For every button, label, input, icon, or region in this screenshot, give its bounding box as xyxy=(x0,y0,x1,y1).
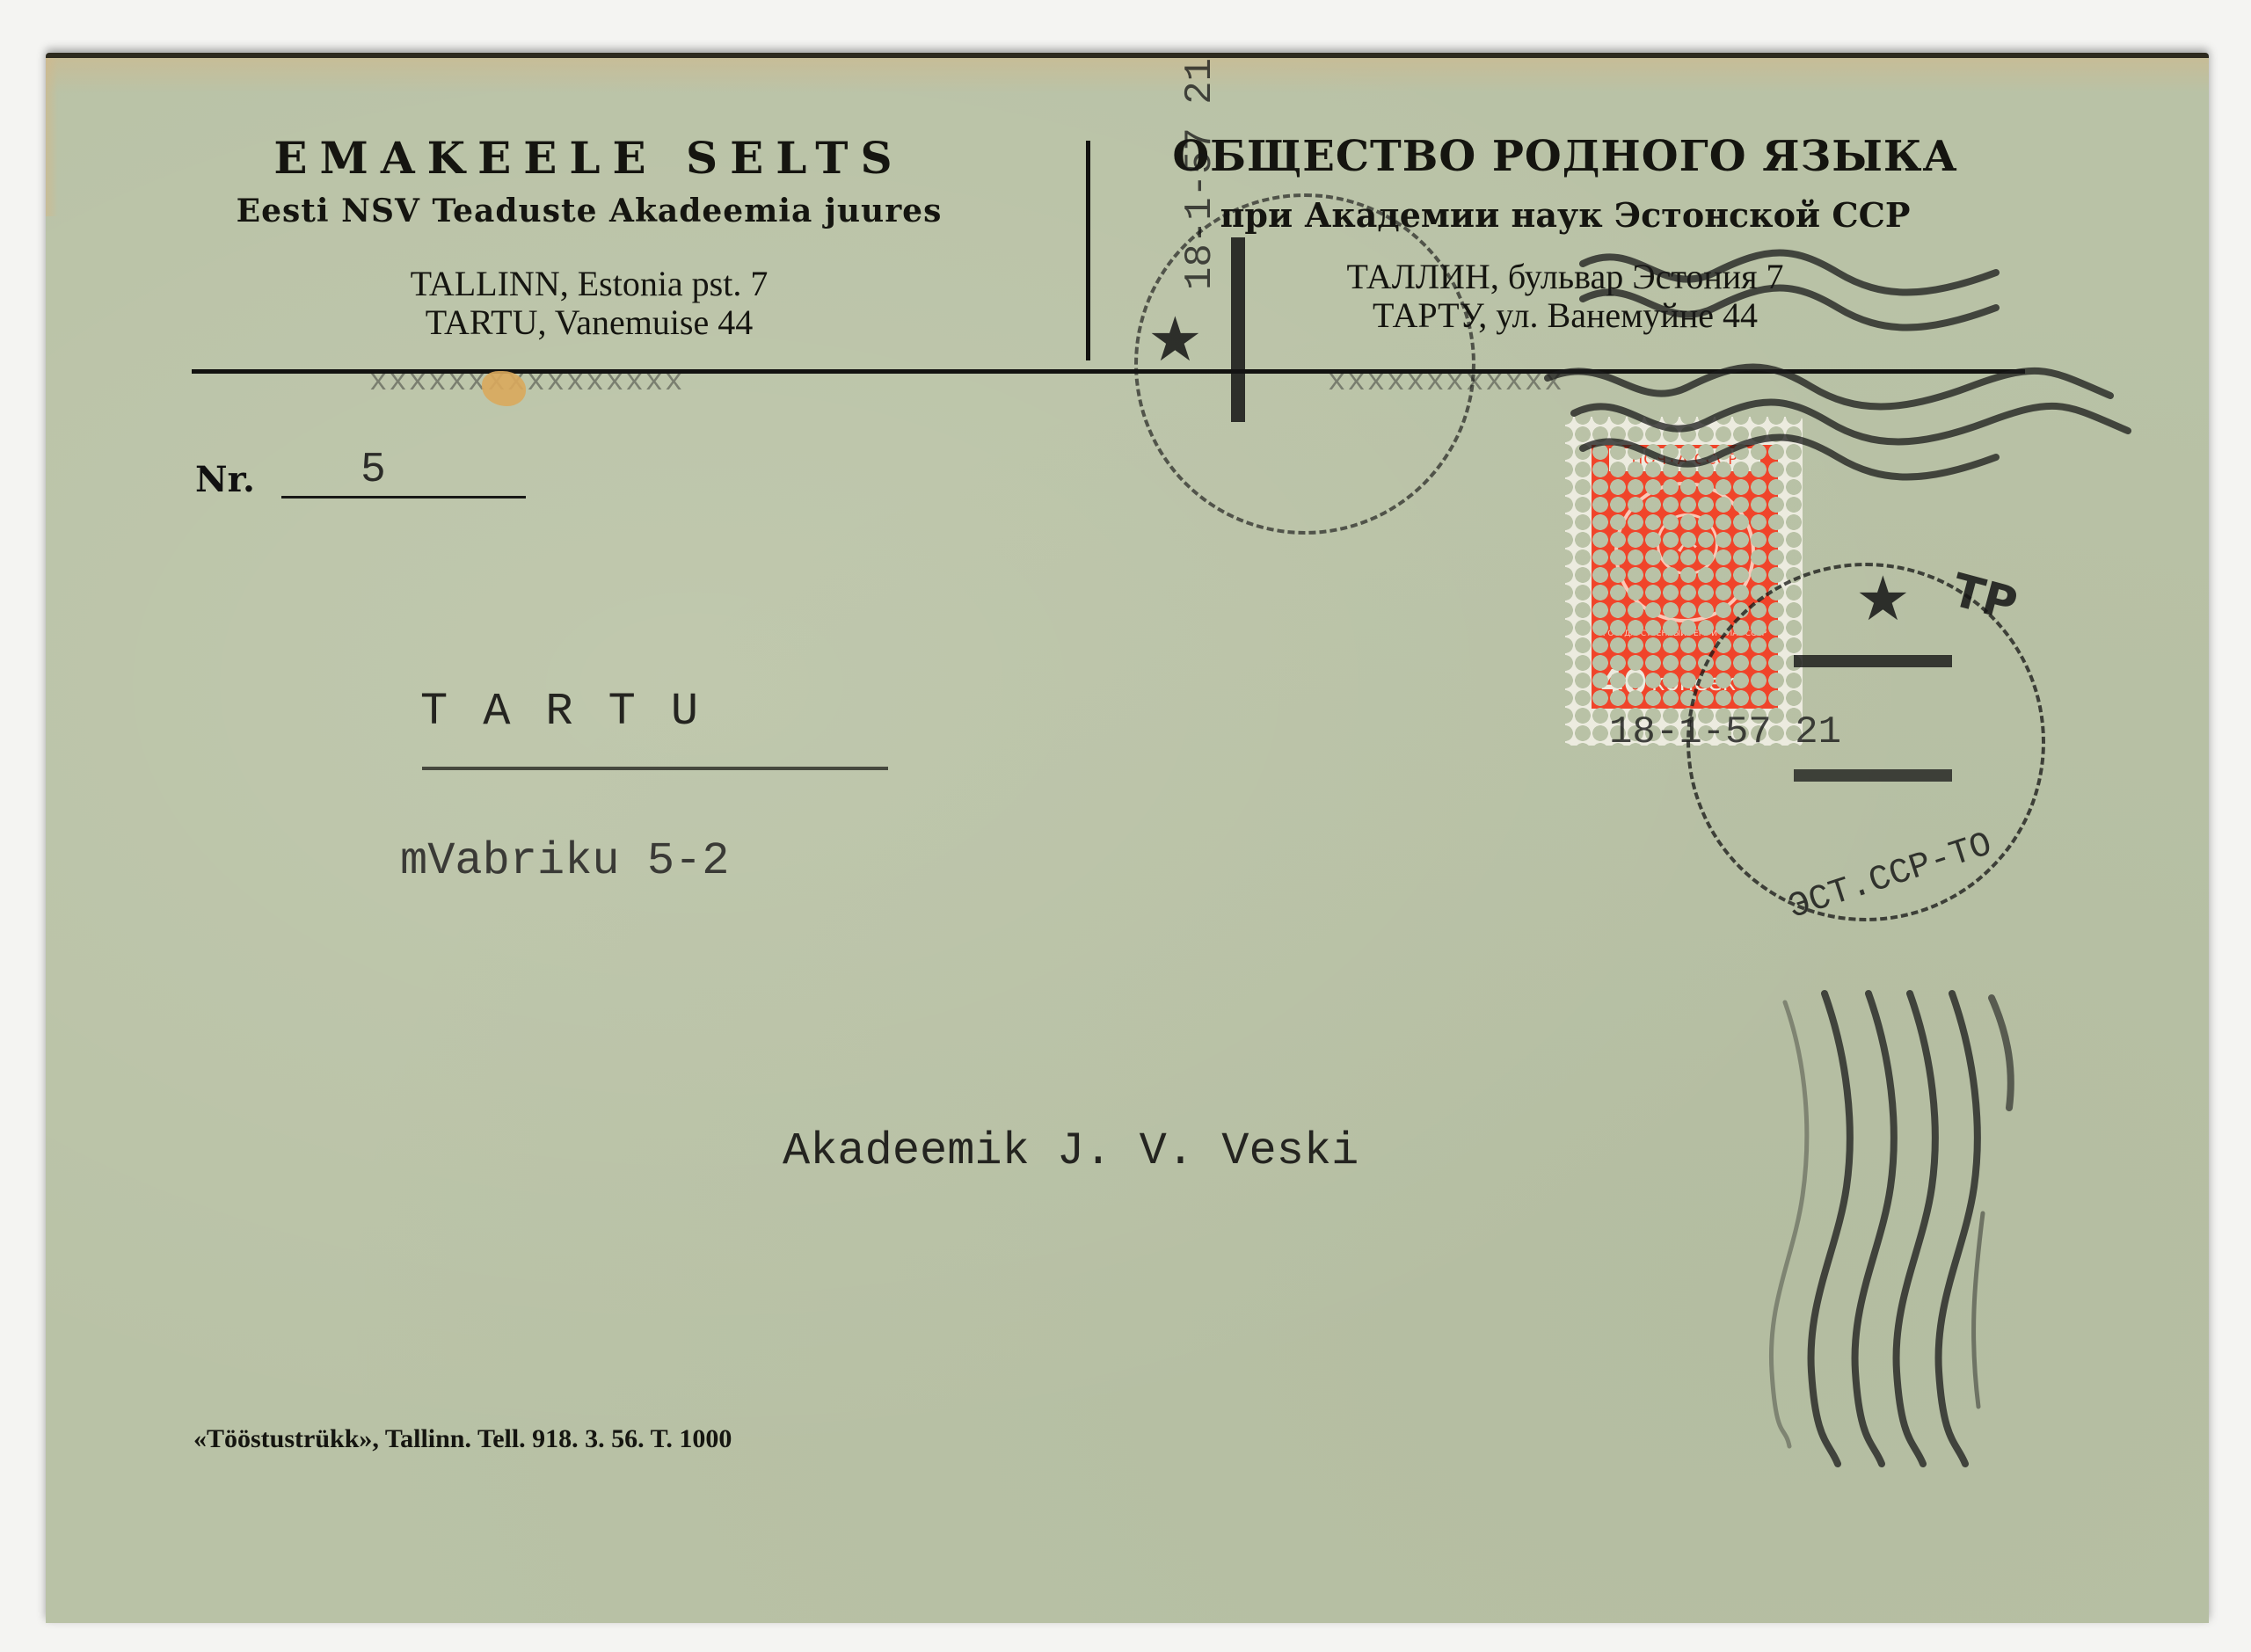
postmark-star-icon: ★ xyxy=(1855,563,1911,636)
recipient-city: TARTU xyxy=(420,686,733,738)
org-name-estonian: EMAKEELE SELTS xyxy=(167,132,1011,184)
recipient-street: mVabriku 5-2 xyxy=(400,835,729,887)
state-emblem-icon: ☭ xyxy=(1614,482,1755,622)
address-tallinn-estonian: TALLINN, Estonia pst. 7 xyxy=(167,265,1011,303)
number-label: Nr. xyxy=(195,459,255,500)
number-underline xyxy=(281,496,526,499)
stamp-header: ПОЧТА СССР xyxy=(1609,448,1760,471)
stamp-value: 40 xyxy=(1600,663,1647,702)
postmark-star-icon: ★ xyxy=(1147,303,1203,376)
org-name-russian: ОБЩЕСТВО РОДНОГО ЯЗЫКА xyxy=(1134,132,1996,181)
letterhead-estonian: EMAKEELE SELTS Eesti NSV Teaduste Akadee… xyxy=(167,132,1011,342)
postmark-bar xyxy=(1231,237,1245,422)
printer-imprint: «Tööstustrükk», Tallinn. Tell. 918. 3. 5… xyxy=(193,1424,732,1454)
recipient-city-underline xyxy=(422,767,888,770)
postmark-bar-top xyxy=(1794,655,1952,667)
postmark-date: 18-1-57 21 xyxy=(1609,710,1841,754)
org-affiliation-estonian: Eesti NSV Teaduste Akadeemia juures xyxy=(167,193,1011,229)
address-tartu-estonian: TARTU, Vanemuise 44 xyxy=(167,303,1011,342)
hammer-sickle-icon: ☭ xyxy=(1657,513,1718,575)
postmark-bar-bottom xyxy=(1794,769,1952,782)
envelope-top-edge xyxy=(46,58,2209,93)
letterhead-rule xyxy=(192,369,2025,374)
postmark-header-date: 18-1-57 21 xyxy=(1178,58,1222,290)
number-value: 5 xyxy=(361,447,386,494)
recipient-name: Akadeemik J. V. Veski xyxy=(783,1125,1359,1177)
letterhead-divider xyxy=(1086,141,1090,360)
envelope-left-edge xyxy=(46,58,58,216)
